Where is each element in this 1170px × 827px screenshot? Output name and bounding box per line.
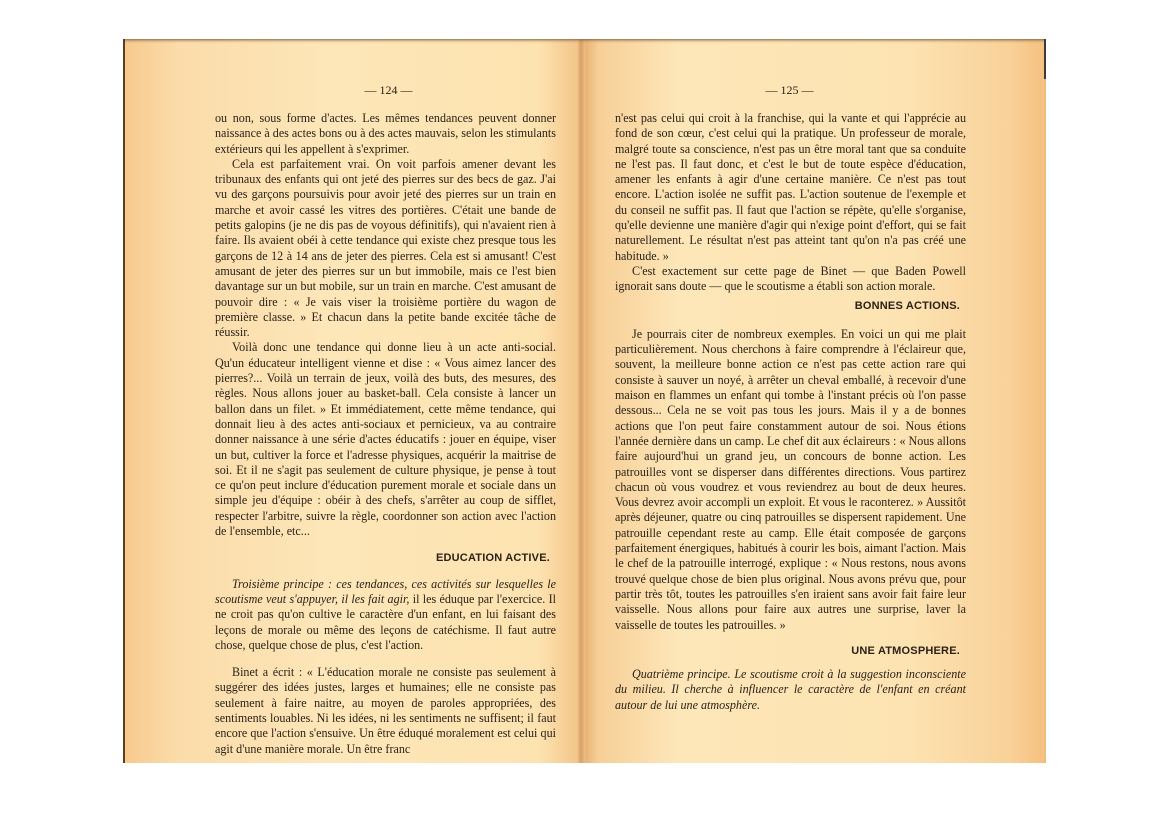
paragraph: ou non, sous forme d'actes. Les mêmes te… — [215, 111, 556, 157]
section-heading-bonnes-actions: BONNES ACTIONS. — [615, 299, 960, 314]
left-page: — 124 — ou non, sous forme d'actes. Les … — [215, 39, 556, 763]
paragraph: n'est pas celui qui croit à la franchise… — [615, 111, 966, 264]
book-spine — [578, 39, 584, 763]
paragraph: Je pourrais citer de nombreux exemples. … — [615, 327, 966, 633]
right-page: — 125 — n'est pas celui qui croit à la f… — [615, 39, 966, 763]
section-heading-une-atmosphere: UNE ATMOSPHERE. — [615, 644, 960, 659]
paragraph: Cela est parfaitement vrai. On voit parf… — [215, 157, 556, 341]
paragraph: Voilà donc une tendance qui donne lieu à… — [215, 340, 556, 539]
paragraph-binet-quote: Binet a écrit : « L'éducation morale ne … — [215, 665, 556, 757]
page-number-right: — 125 — — [615, 83, 966, 99]
page-number-left: — 124 — — [215, 83, 556, 99]
paragraph: C'est exactement sur cette page de Binet… — [615, 264, 966, 295]
section-heading-education-active: EDUCATION ACTIVE. — [215, 551, 550, 566]
paragraph-third-principle: Troisième principe : ces tendances, ces … — [215, 577, 556, 653]
paragraph-fourth-principle: Quatrième principe. Le scoutisme croit à… — [615, 667, 966, 713]
book-spread: — 124 — ou non, sous forme d'actes. Les … — [123, 39, 1046, 763]
